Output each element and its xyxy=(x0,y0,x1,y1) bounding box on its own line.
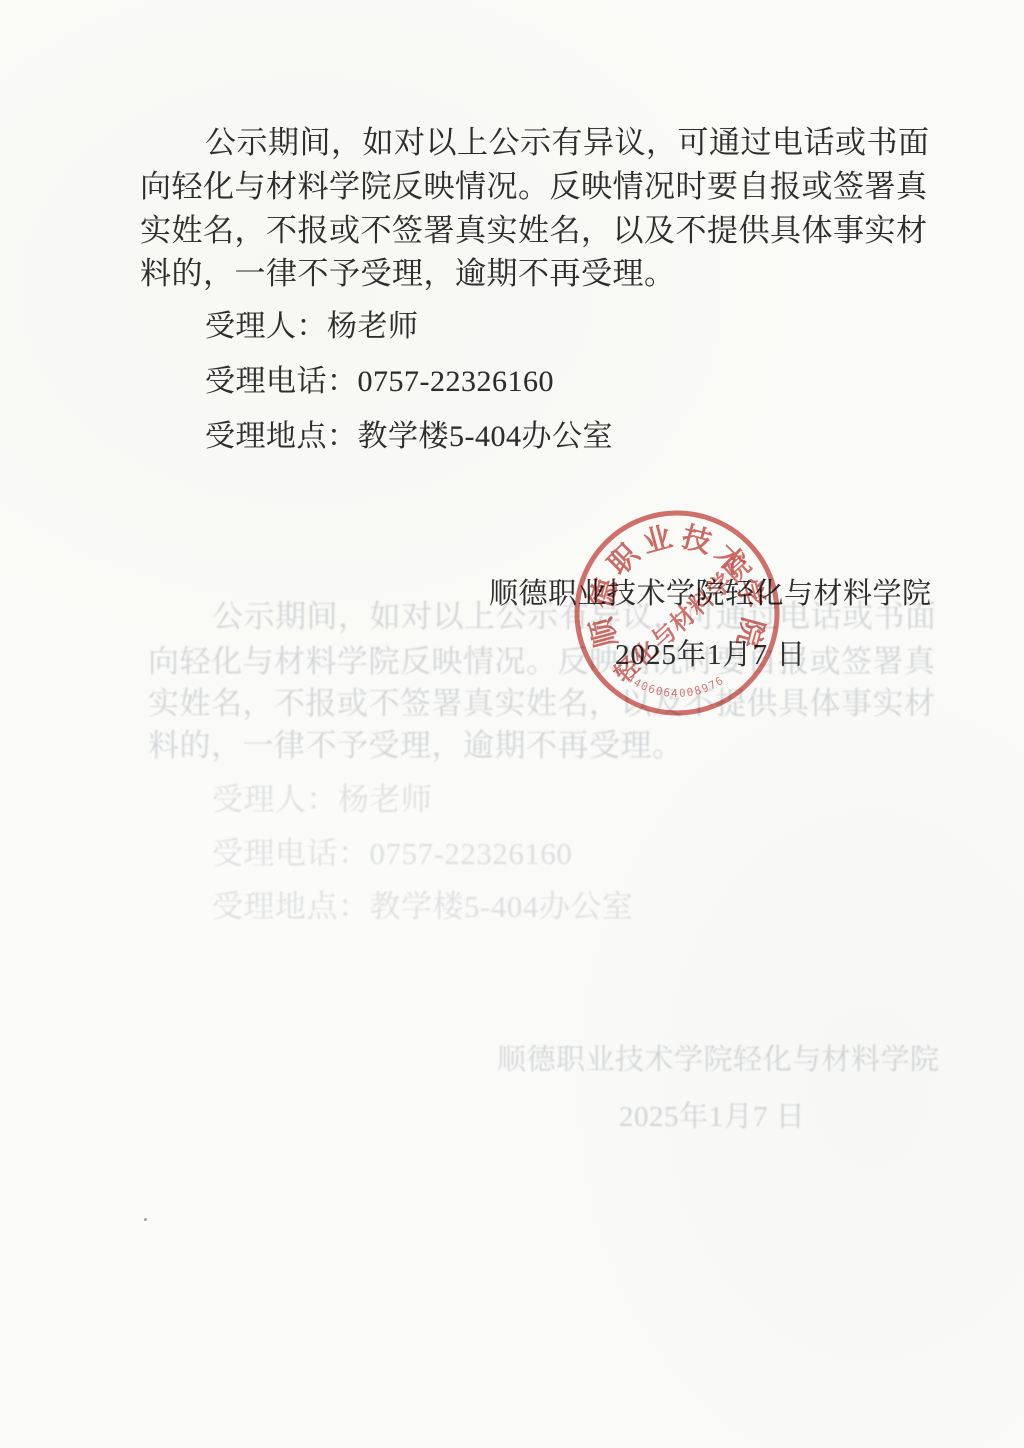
paragraph-line-3: 实姓名，不报或不签署真实姓名，以及不提供具体事实材 xyxy=(140,215,928,246)
seal-ring-char: 顺 xyxy=(584,613,624,651)
ghost-date: 2025年1月7 日 xyxy=(619,1103,805,1132)
contact-person-line: 受理人：杨老师 xyxy=(205,312,419,342)
ghost-contact-phone: 受理电话：0757-22326160 xyxy=(212,838,572,869)
seal-ring-char: 职 xyxy=(602,537,647,582)
ghost-contact-location: 受理地点：教学楼5-404办公室 xyxy=(212,891,633,922)
seal-ring-char: 业 xyxy=(639,520,676,559)
seal-ring-char: 院 xyxy=(730,614,769,651)
seal-ring-char: 技 xyxy=(678,520,715,559)
official-seal: 顺 德 职 业 技 术 学 院 轻化与材料学院 4406064008976 xyxy=(562,498,792,728)
scan-noise-dot xyxy=(144,1218,147,1221)
contact-location-line: 受理地点：教学楼5-404办公室 xyxy=(205,422,613,452)
ghost-signature: 顺德职业技术学院轻化与材料学院 xyxy=(497,1046,940,1075)
ghost-paragraph-line-4: 料的，一律不予受理，逾期不再受理。 xyxy=(148,730,684,761)
ghost-paragraph-line-3: 实姓名，不报或不签署真实姓名，以及不提供具体事实材 xyxy=(148,688,936,719)
scanned-notice-page: 公示期间，如对以上公示有异议，可通过电话或书面 向轻化与材料学院反映情况。反映情… xyxy=(0,0,1024,1448)
paragraph-line-4: 料的，一律不予受理，逾期不再受理。 xyxy=(140,258,676,289)
ghost-contact-person: 受理人：杨老师 xyxy=(212,784,433,815)
paragraph-line-1: 公示期间，如对以上公示有异议，可通过电话或书面 xyxy=(205,127,930,158)
contact-phone-line: 受理电话：0757-22326160 xyxy=(205,367,554,397)
ghost-paragraph-line-2: 向轻化与材料学院反映情况。反映情况时要自报或签署真 xyxy=(148,646,936,677)
paragraph-line-2: 向轻化与材料学院反映情况。反映情况时要自报或签署真 xyxy=(140,171,928,202)
seal-ring-char: 德 xyxy=(584,574,624,612)
